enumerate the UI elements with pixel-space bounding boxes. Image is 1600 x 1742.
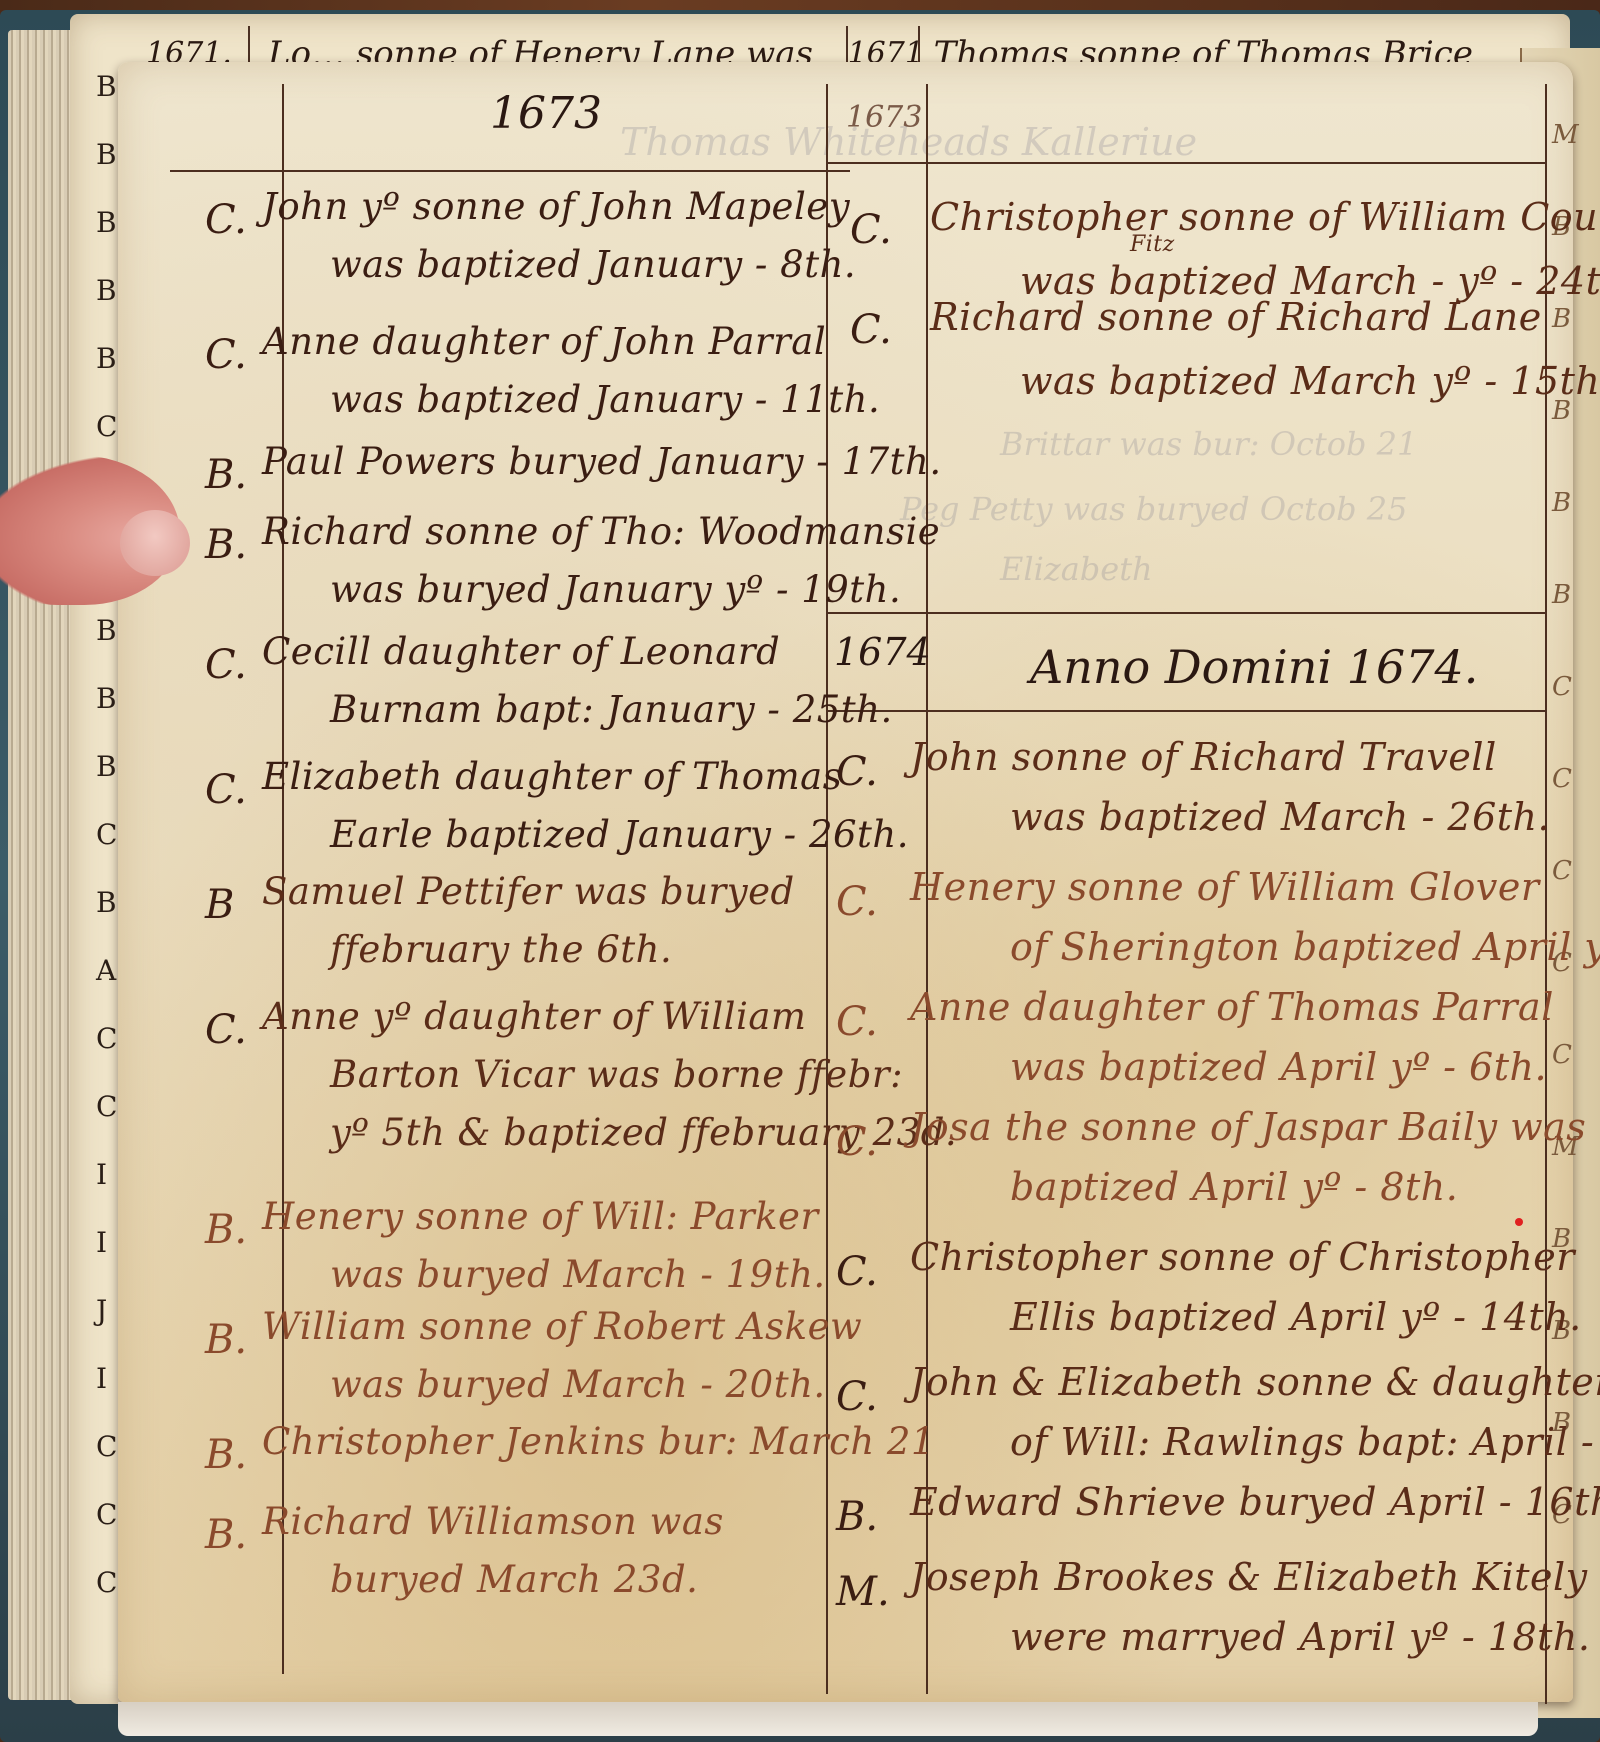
- register-entry-line-1: Samuel Pettifer was buryed: [262, 870, 795, 913]
- entry-type-code: C.: [836, 1119, 878, 1165]
- entry-type-code: C.: [836, 879, 878, 925]
- entry-type-code: B.: [836, 1494, 878, 1540]
- year-heading-1673: 1673: [490, 88, 602, 139]
- register-entry-line-2: was buryed January yº - 19th.: [330, 568, 901, 611]
- register-entry-line-2: Earle baptized January - 26th.: [330, 813, 909, 856]
- edge-letter: C: [96, 410, 117, 443]
- register-entry-line-1: Anne yº daughter of William: [262, 995, 807, 1038]
- edge-letter: C: [96, 1022, 117, 1055]
- register-entry-line-1: Josa the sonne of Jaspar Baily was: [910, 1105, 1586, 1149]
- register-entry-line-2: was baptized March - 26th.: [1010, 795, 1550, 839]
- entry-type-code: C.: [850, 307, 892, 353]
- register-entry-line-1: John yº sonne of John Mapeley: [262, 185, 850, 228]
- edge-letter: M: [1552, 120, 1579, 150]
- edge-letter: C: [1552, 1040, 1572, 1070]
- entry-type-code: C.: [205, 642, 247, 688]
- show-through-text: Elizabeth: [1000, 550, 1153, 588]
- register-entry-line-1: Anne daughter of Thomas Parral: [910, 985, 1554, 1029]
- register-entry-line-1: Christopher sonne of William Courcey: [930, 195, 1600, 239]
- edge-letter: B: [1552, 580, 1571, 610]
- entry-type-code: B.: [205, 522, 247, 568]
- register-entry-line-1: Edward Shrieve buryed April - 16th.: [910, 1480, 1600, 1524]
- entry-type-code: B.: [205, 1432, 247, 1478]
- edge-letter: A: [96, 954, 116, 987]
- edge-letter: I: [96, 1362, 107, 1395]
- entry-type-code: B: [205, 882, 234, 928]
- entry-type-code: B.: [205, 1512, 247, 1558]
- register-entry-line-2: Barton Vicar was borne ffebr:: [330, 1053, 903, 1096]
- register-entry-line-1: Cecill daughter of Leonard: [262, 630, 780, 673]
- register-entry-line-1: Elizabeth daughter of Thomas: [262, 755, 842, 798]
- edge-letter: B: [1552, 304, 1571, 334]
- interlinear-insertion: Fitz: [1130, 232, 1175, 257]
- register-entry-line-2: baptized April yº - 8th.: [1010, 1165, 1458, 1209]
- register-entry-line-2: of Will: Rawlings bapt: April - 15th.: [1010, 1420, 1600, 1464]
- entry-type-code: C.: [205, 197, 247, 243]
- edge-letter: C: [96, 818, 117, 851]
- edge-letter: B: [96, 138, 117, 171]
- register-entry-line-1: Henery sonne of Will: Parker: [262, 1195, 819, 1238]
- register-entry-line-2: ffebruary the 6th.: [330, 928, 672, 971]
- entry-type-code: C.: [836, 999, 878, 1045]
- edge-letter: C: [96, 1498, 117, 1531]
- register-entry-line-1: John & Elizabeth sonne & daughter: [910, 1360, 1600, 1404]
- edge-letter: B: [1552, 488, 1571, 518]
- register-entry-line-2: was buryed March - 20th.: [330, 1363, 826, 1406]
- register-entry-line-1: William sonne of Robert Askew: [262, 1305, 862, 1348]
- edge-letter: C: [96, 1430, 117, 1463]
- register-entry-line-1: Christopher Jenkins bur: March 21: [262, 1420, 935, 1463]
- register-entry-line-2: Burnam bapt: January - 25th.: [330, 688, 893, 731]
- year-1674-top-rule: [826, 612, 1546, 614]
- red-mark: [1515, 1218, 1523, 1226]
- entry-type-code: B.: [205, 1207, 247, 1253]
- right-heading-rule: [826, 162, 1546, 164]
- entry-type-code: C.: [205, 332, 247, 378]
- edge-letter: I: [96, 1158, 107, 1191]
- year-1674-bottom-rule: [826, 710, 1546, 712]
- register-entry-line-1: Paul Powers buryed January - 17th.: [262, 440, 942, 483]
- register-entry-line-1: Richard Williamson was: [262, 1500, 724, 1543]
- edge-letter: C: [96, 1566, 117, 1599]
- left-heading-rule: [170, 170, 850, 172]
- register-entry-line-2: was baptized April yº - 6th.: [1010, 1045, 1547, 1089]
- register-entry-line-2: were marryed April yº - 18th.: [1010, 1615, 1590, 1659]
- leaf-bottom-strip: [118, 1702, 1538, 1736]
- entry-type-code: B.: [205, 452, 247, 498]
- edge-letter: B: [96, 886, 117, 919]
- register-entry-line-1: John sonne of Richard Travell: [910, 735, 1497, 779]
- entry-type-code: M.: [836, 1569, 890, 1615]
- edge-letter: B: [96, 342, 117, 375]
- register-entry-line-2: was baptized March yº - 15th.: [1020, 359, 1600, 403]
- edge-letter: C: [1552, 672, 1572, 702]
- register-entry-line-2: was baptized January - 8th.: [330, 243, 856, 286]
- register-entry-line-1: Christopher sonne of Christopher: [910, 1235, 1575, 1279]
- edge-letter: J: [96, 1294, 107, 1327]
- register-entry-line-2: was baptized January - 11th.: [330, 378, 880, 421]
- margin-year-1673: 1673: [846, 100, 922, 135]
- entry-type-code: C.: [836, 749, 878, 795]
- entry-type-code: C.: [850, 207, 892, 253]
- entry-type-code: C.: [836, 1374, 878, 1420]
- edge-letter: I: [96, 1226, 107, 1259]
- entry-type-code: C.: [836, 1249, 878, 1295]
- edge-letter: B: [96, 206, 117, 239]
- register-entry-line-1: Henery sonne of William Glover: [910, 865, 1540, 909]
- entry-type-code: C.: [205, 767, 247, 813]
- year-heading-1674: Anno Domini 1674.: [1030, 640, 1478, 694]
- edge-letter: B: [96, 750, 117, 783]
- edge-letter: B: [96, 70, 117, 103]
- edge-letter: B: [96, 274, 117, 307]
- finger-nail: [120, 510, 190, 576]
- edge-letter: B: [96, 614, 117, 647]
- register-entry-line-1: Richard sonne of Richard Lane: [930, 295, 1542, 339]
- register-entry-line-2: buryed March 23d.: [330, 1558, 698, 1601]
- margin-year-1674: 1674: [834, 630, 931, 674]
- edge-letter: C: [96, 1090, 117, 1123]
- entry-type-code: C.: [205, 1007, 247, 1053]
- edge-letter: C: [1552, 856, 1572, 886]
- entry-type-code: B.: [205, 1317, 247, 1363]
- register-entry-line-2: of Sherington baptized April yº - 6th.: [1010, 925, 1600, 969]
- register-entry-line-1: Anne daughter of John Parral: [262, 320, 826, 363]
- register-entry-line-1: Richard sonne of Tho: Woodmansie: [262, 510, 940, 553]
- edge-letter: C: [1552, 764, 1572, 794]
- show-through-text: Brittar was bur: Octob 21: [1000, 425, 1417, 463]
- edge-letter: B: [96, 682, 117, 715]
- show-through-text: Peg Petty was buryed Octob 25: [900, 490, 1407, 528]
- register-entry-line-2: was buryed March - 19th.: [330, 1253, 826, 1296]
- register-entry-line-2: Ellis baptized April yº - 14th.: [1010, 1295, 1582, 1339]
- register-entry-line-1: Joseph Brookes & Elizabeth Kitely: [910, 1555, 1588, 1599]
